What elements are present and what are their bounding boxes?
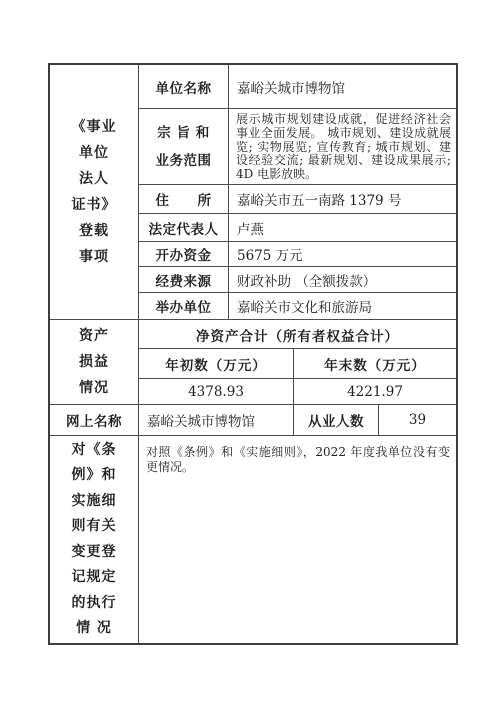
begin-of-year-label: 年初数（万元）: [139, 349, 294, 378]
assets-header-line: 情况: [79, 375, 109, 401]
end-of-year-value: 4221.97: [294, 379, 456, 404]
table-row-funding: 经费来源 财政补助 （全额拨款）: [139, 267, 456, 293]
compliance-header-line: 情 况: [76, 616, 112, 642]
table-row-legal-rep: 法定代表人 卢燕: [139, 214, 456, 242]
compliance-header-line: 实施细: [72, 489, 117, 515]
unit-name-value: 嘉峪关城市博物馆: [229, 65, 456, 108]
legal-rep-label: 法定代表人: [139, 214, 229, 241]
certificate-rows: 单位名称 嘉峪关城市博物馆 宗 旨 和 业务范围 展示城市规划建设成就，促进经济…: [139, 65, 456, 319]
assets-column-header-row: 年初数（万元） 年末数（万元）: [139, 349, 456, 379]
certificate-header-line: 法人: [79, 166, 109, 192]
online-name-row: 网上名称 嘉峪关城市博物馆 从业人数 39: [50, 405, 456, 436]
certificate-header-line: 单位: [79, 140, 109, 166]
mission-label: 宗 旨 和 业务范围: [139, 109, 229, 184]
end-of-year-label: 年末数（万元）: [294, 349, 456, 378]
compliance-header-line: 对《条: [72, 438, 117, 464]
table-row-mission: 宗 旨 和 业务范围 展示城市规划建设成就，促进经济社会事业全面发展。 城市规划…: [139, 109, 456, 185]
online-name-value: 嘉峪关城市博物馆: [139, 405, 294, 435]
compliance-header-line: 的执行: [72, 591, 117, 617]
staff-count-label: 从业人数: [294, 405, 379, 435]
compliance-header-line: 变更登: [72, 540, 117, 566]
certificate-header-line: 登载: [79, 218, 109, 244]
certificate-header-line: 事项: [79, 244, 109, 270]
legal-rep-value: 卢燕: [229, 214, 456, 241]
assets-header-line: 资产: [79, 323, 109, 349]
table-row-unit-name: 单位名称 嘉峪关城市博物馆: [139, 65, 456, 109]
mission-label-line2: 业务范围: [156, 147, 212, 175]
certificate-items-section: 《事业 单位 法人 证书》 登载 事项 单位名称 嘉峪关城市博物馆 宗 旨 和 …: [50, 65, 456, 320]
table-row-organizer: 举办单位 嘉峪关市文化和旅游局: [139, 293, 456, 319]
mission-label-line1: 宗 旨 和: [157, 119, 209, 147]
assets-section: 资产 损益 情况 净资产合计（所有者权益合计） 年初数（万元） 年末数（万元） …: [50, 320, 456, 405]
assets-rows: 净资产合计（所有者权益合计） 年初数（万元） 年末数（万元） 4378.93 4…: [139, 320, 456, 404]
certificate-section-header: 《事业 单位 法人 证书》 登载 事项: [50, 65, 139, 319]
online-name-label: 网上名称: [50, 405, 139, 435]
unit-name-label: 单位名称: [139, 65, 229, 108]
compliance-statement: 对照《条例》和《实施细则》，2022 年度我单位没有变更情况。: [139, 436, 456, 643]
compliance-header-line: 则有关: [72, 514, 117, 540]
begin-of-year-value: 4378.93: [139, 379, 294, 404]
capital-label: 开办资金: [139, 242, 229, 266]
certificate-header-line: 《事业: [72, 114, 117, 140]
compliance-section-header: 对《条 例》和 实施细 则有关 变更登 记规定 的执行 情 况: [50, 436, 139, 643]
mission-value: 展示城市规划建设成就，促进经济社会事业全面发展。 城市规划、建设成就展览; 实物…: [229, 109, 456, 184]
net-assets-title: 净资产合计（所有者权益合计）: [139, 320, 456, 349]
registration-form-table: 《事业 单位 法人 证书》 登载 事项 单位名称 嘉峪关城市博物馆 宗 旨 和 …: [48, 63, 458, 645]
assets-section-header: 资产 损益 情况: [50, 320, 139, 404]
capital-value: 5675 万元: [229, 242, 456, 266]
address-label: 住 所: [139, 185, 229, 213]
staff-count-value: 39: [379, 405, 456, 435]
assets-values-row: 4378.93 4221.97: [139, 379, 456, 404]
funding-label: 经费来源: [139, 267, 229, 292]
funding-value: 财政补助 （全额拨款）: [229, 267, 456, 292]
compliance-header-line: 记规定: [72, 565, 117, 591]
certificate-header-line: 证书》: [72, 192, 117, 218]
table-row-address: 住 所 嘉峪关市五一南路 1379 号: [139, 185, 456, 214]
assets-header-line: 损益: [79, 349, 109, 375]
compliance-header-line: 例》和: [72, 463, 117, 489]
net-assets-title-row: 净资产合计（所有者权益合计）: [139, 320, 456, 349]
compliance-section: 对《条 例》和 实施细 则有关 变更登 记规定 的执行 情 况 对照《条例》和《…: [50, 436, 456, 643]
address-value: 嘉峪关市五一南路 1379 号: [229, 185, 456, 213]
organizer-label: 举办单位: [139, 293, 229, 319]
organizer-value: 嘉峪关市文化和旅游局: [229, 293, 456, 319]
table-row-capital: 开办资金 5675 万元: [139, 242, 456, 267]
document-page: 《事业 单位 法人 证书》 登载 事项 单位名称 嘉峪关城市博物馆 宗 旨 和 …: [0, 0, 500, 707]
